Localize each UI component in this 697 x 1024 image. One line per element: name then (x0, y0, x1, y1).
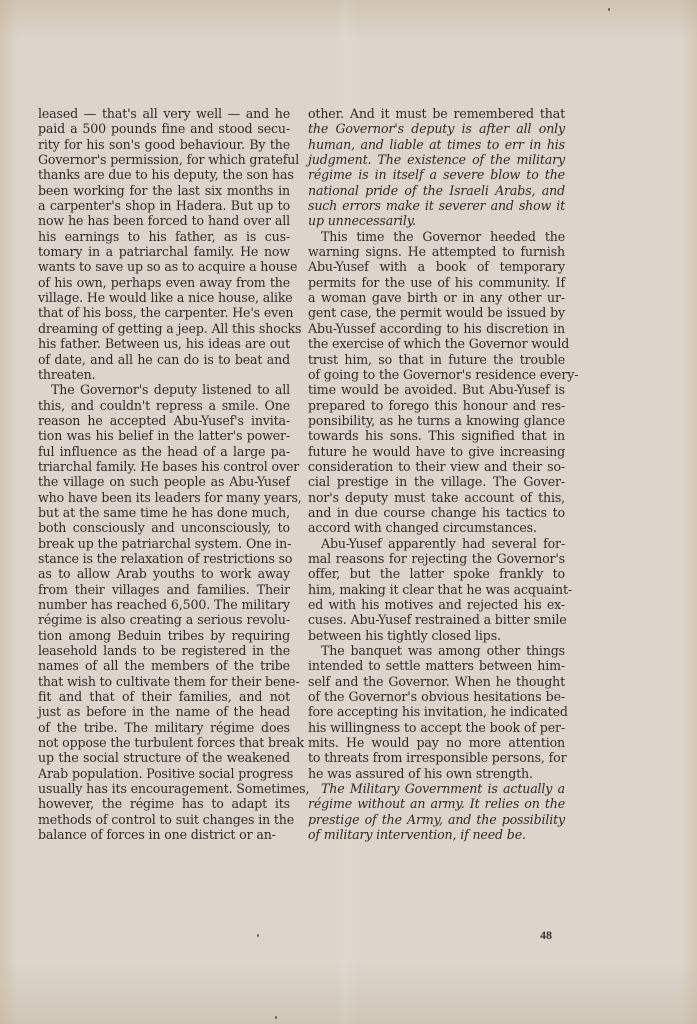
text-line: threaten. (38, 367, 290, 382)
text-line: tion was his belief in the latter's powe… (38, 428, 290, 443)
page-number: 48 (540, 928, 552, 943)
text-line: prestige of the Army, and the possibilit… (308, 812, 565, 827)
text-line: now he has been forced to hand over all (38, 213, 290, 228)
text-line: trust him, so that in future the trouble (308, 352, 565, 367)
text-line: as to allow Arab youths to work away (38, 566, 290, 581)
text-line: such errors make it severer and show it (308, 198, 565, 213)
text-line: Abu-Yusef apparently had several for- (308, 536, 565, 551)
text-line: cuses. Abu-Yusef restrained a bitter smi… (308, 612, 565, 627)
text-line: human, and liable at times to err in his (308, 137, 565, 152)
text-line: him, making it clear that he was acquain… (308, 582, 565, 597)
text-line: leased — that's all very well — and he (38, 106, 290, 121)
right-paragraph-2: This time the Governor heeded thewarning… (308, 229, 565, 536)
text-line: of date, and all he can do is to beat an… (38, 352, 290, 367)
text-line: self and the Governor. When he thought (308, 674, 565, 689)
text-line: offer, but the latter spoke frankly to (308, 566, 565, 581)
text-line: from their villages and families. Their (38, 582, 290, 597)
text-line: up unnecessarily. (308, 213, 565, 228)
text-line: Abu-Yussef according to his discretion i… (308, 321, 565, 336)
text-line: the village on such people as Abu-Yusef (38, 474, 290, 489)
text-line: nor's deputy must take account of this, (308, 490, 565, 505)
left-paragraph-2: The Governor's deputy listened to allthi… (38, 382, 290, 842)
text-line: that wish to cultivate them for their be… (38, 674, 290, 689)
text-line: number has reached 6,500. The military (38, 597, 290, 612)
text-line: his father. Between us, his ideas are ou… (38, 336, 290, 351)
text-line: fore accepting his invitation, he indica… (308, 704, 565, 719)
text-line: prepared to forego this honour and res- (308, 398, 565, 413)
text-line: tomary in a patriarchal family. He now (38, 244, 290, 259)
text-line: Abu-Yusef with a book of temporary (308, 259, 565, 274)
text-line: cial prestige in the village. The Gover- (308, 474, 565, 489)
text-line: just as before in the name of the head (38, 704, 290, 719)
text-line: consideration to their view and their so… (308, 459, 565, 474)
text-line: wants to save up so as to acquire a hous… (38, 259, 290, 274)
text-line: up the social structure of the weakened (38, 750, 290, 765)
right-paragraph-1: other. And it must be remembered thatthe… (308, 106, 565, 229)
text-line: who have been its leaders for many years… (38, 490, 290, 505)
text-line: gent case, the permit would be issued by (308, 305, 565, 320)
text-line: to threats from irresponsible persons, f… (308, 750, 565, 765)
text-line: usually has its encouragement. Sometimes… (38, 781, 290, 796)
text-line: and in due course change his tactics to (308, 505, 565, 520)
scanned-page: leased — that's all very well — and hepa… (0, 0, 697, 1024)
left-paragraph-1: leased — that's all very well — and hepa… (38, 106, 290, 382)
text-line: The Military Government is actually a (308, 781, 565, 796)
left-column: leased — that's all very well — and hepa… (38, 106, 290, 843)
text-line: mits. He would pay no more attention (308, 735, 565, 750)
text-line: leasehold lands to be registered in the (38, 643, 290, 658)
text-line: both consciously and unconsciously, to (38, 520, 290, 535)
text-line: stance is the relaxation of restrictions… (38, 551, 290, 566)
text-line: not oppose the turbulent forces that bre… (38, 735, 290, 750)
paper-speck (257, 934, 259, 937)
right-paragraph-3: Abu-Yusef apparently had several for-mal… (308, 536, 565, 643)
text-line: of military intervention, if need be. (308, 827, 565, 842)
text-line: fit and that of their families, and not (38, 689, 290, 704)
text-line: dreaming of getting a jeep. All this sho… (38, 321, 290, 336)
text-line: between his tightly closed lips. (308, 628, 565, 643)
text-line: been working for the last six months in (38, 183, 290, 198)
text-line: methods of control to suit changes in th… (38, 812, 290, 827)
text-line: Governor's permission, for which gratefu… (38, 152, 290, 167)
text-line: régime is also creating a serious revolu… (38, 612, 290, 627)
text-line: the Governor's deputy is after all only (308, 121, 565, 136)
text-line: permits for the use of his community. If (308, 275, 565, 290)
text-line: break up the patriarchal system. One in- (38, 536, 290, 551)
text-line: thanks are due to his deputy, the son ha… (38, 167, 290, 182)
text-line: that of his boss, the carpenter. He's ev… (38, 305, 290, 320)
text-line: towards his sons. This signified that in (308, 428, 565, 443)
text-line: a woman gave birth or in any other ur- (308, 290, 565, 305)
text-line: other. And it must be remembered that (308, 106, 565, 121)
text-line: but at the same time he has done much, (38, 505, 290, 520)
paper-speck (275, 1016, 277, 1019)
text-line: balance of forces in one district or an- (38, 827, 290, 842)
text-line: his willingness to accept the book of pe… (308, 720, 565, 735)
text-line: judgment. The existence of the military (308, 152, 565, 167)
text-line: his earnings to his father, as is cus- (38, 229, 290, 244)
text-line: national pride of the Israeli Arabs, and (308, 183, 565, 198)
text-line: tion among Beduin tribes by requiring (38, 628, 290, 643)
text-line: a carpenter's shop in Hadera. But up to (38, 198, 290, 213)
text-line: however, the régime has to adapt its (38, 796, 290, 811)
right-column: other. And it must be remembered thatthe… (308, 106, 565, 843)
text-line: of the tribe. The military régime does (38, 720, 290, 735)
text-line: Arab population. Positive social progres… (38, 766, 290, 781)
text-line: régime is in itself a severe blow to the (308, 167, 565, 182)
text-line: The banquet was among other things (308, 643, 565, 658)
text-line: village. He would like a nice house, ali… (38, 290, 290, 305)
text-line: triarchal family. He bases his control o… (38, 459, 290, 474)
text-line: of his own, perhaps even away from the (38, 275, 290, 290)
text-line: intended to settle matters between him- (308, 658, 565, 673)
right-paragraph-4: The banquet was among other thingsintend… (308, 643, 565, 781)
text-line: warning signs. He attempted to furnish (308, 244, 565, 259)
text-line: this, and couldn't repress a smile. One (38, 398, 290, 413)
right-paragraph-5: The Military Government is actually arég… (308, 781, 565, 842)
text-line: of the Governor's obvious hesitations be… (308, 689, 565, 704)
text-line: This time the Governor heeded the (308, 229, 565, 244)
text-line: he was assured of his own strength. (308, 766, 565, 781)
text-line: future he would have to give increasing (308, 444, 565, 459)
text-line: names of all the members of the tribe (38, 658, 290, 673)
text-line: ed with his motives and rejected his ex- (308, 597, 565, 612)
text-line: The Governor's deputy listened to all (38, 382, 290, 397)
text-line: mal reasons for rejecting the Governor's (308, 551, 565, 566)
text-line: reason he accepted Abu-Yusef's invita- (38, 413, 290, 428)
text-line: paid a 500 pounds fine and stood secu- (38, 121, 290, 136)
text-line: of going to the Governor's residence eve… (308, 367, 565, 382)
text-line: the exercise of which the Governor would (308, 336, 565, 351)
text-line: time would be avoided. But Abu-Yusef is (308, 382, 565, 397)
text-line: ful influence as the head of a large pa- (38, 444, 290, 459)
text-line: accord with changed circumstances. (308, 520, 565, 535)
paper-speck (608, 8, 610, 11)
text-line: rity for his son's good behaviour. By th… (38, 137, 290, 152)
text-line: ponsibility, as he turns a knowing glanc… (308, 413, 565, 428)
text-line: régime without an army. It relies on the (308, 796, 565, 811)
